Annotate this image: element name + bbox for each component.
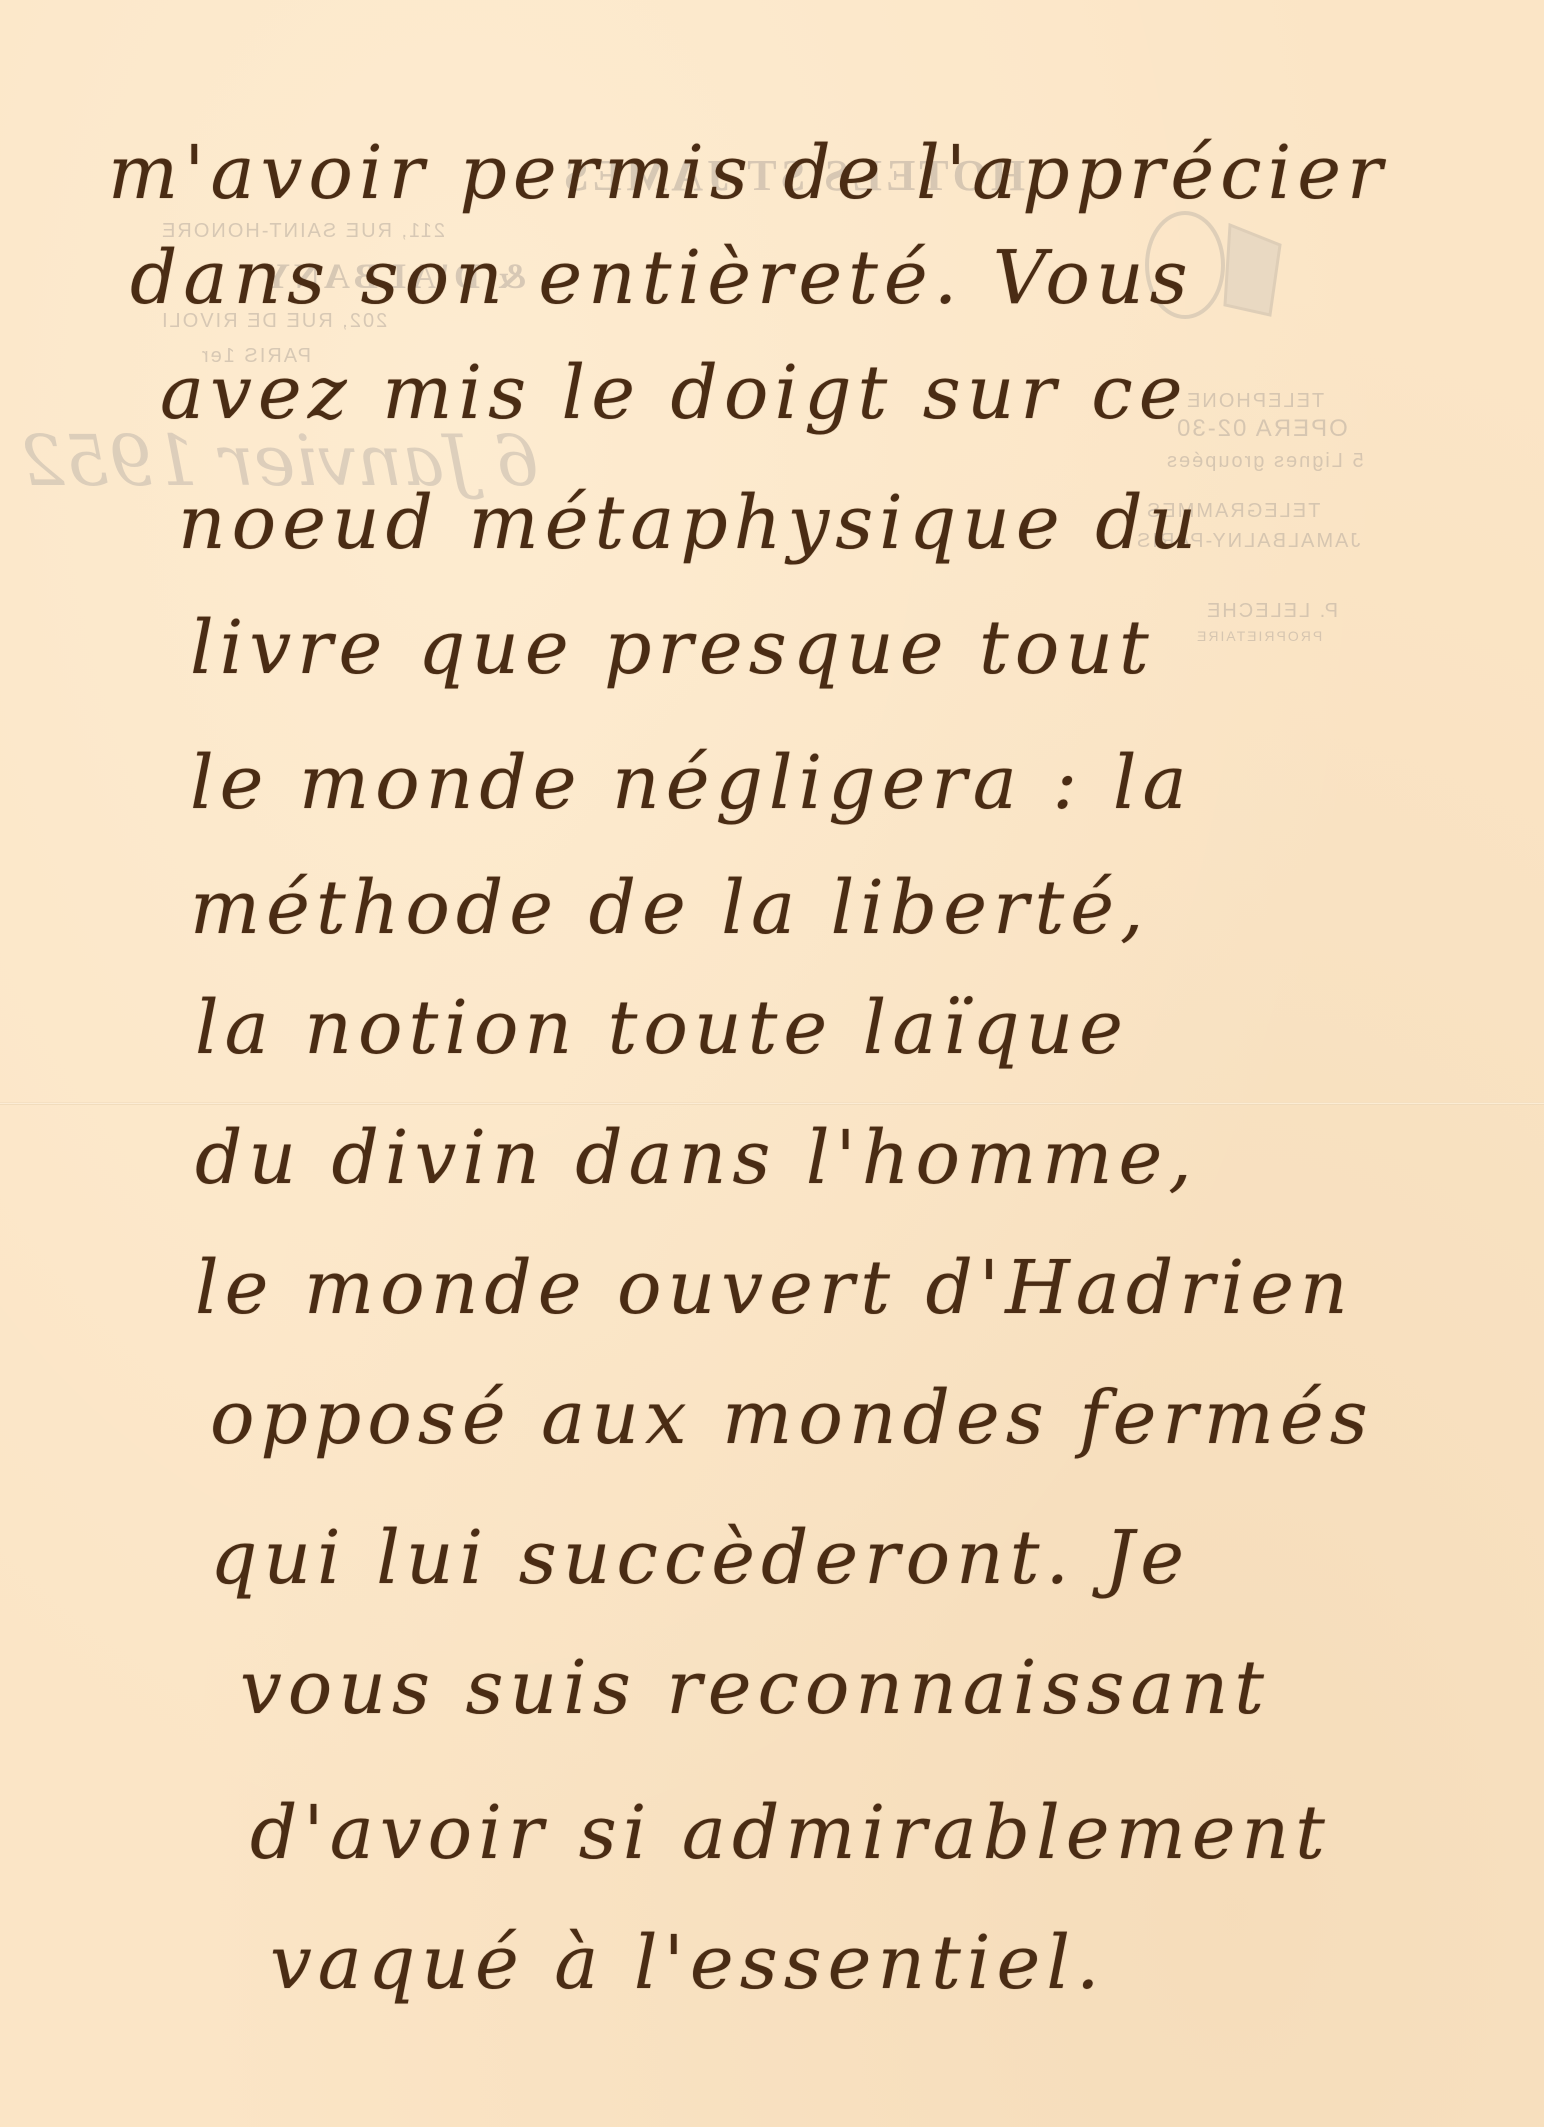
letter-line-5: livre que presque tout bbox=[190, 605, 1155, 691]
letter-line-8: la notion toute laïque bbox=[195, 985, 1129, 1071]
letter-line-9: du divin dans l'homme, bbox=[195, 1115, 1198, 1201]
letterhead-owner: P. LELECHE bbox=[1205, 600, 1338, 623]
letterhead-lines-note: 5 Lignes groupées bbox=[1165, 450, 1364, 473]
letter-line-13: vous suis reconnaissant bbox=[240, 1645, 1270, 1731]
letter-line-11: opposé aux mondes fermés bbox=[210, 1375, 1374, 1461]
letter-line-14: d'avoir si admirablement bbox=[250, 1790, 1331, 1876]
letter-line-12: qui lui succèderont. Je bbox=[210, 1515, 1190, 1601]
letter-line-2: dans son entièreté. Vous bbox=[130, 235, 1194, 321]
paper-fold-line bbox=[0, 1102, 1544, 1105]
letter-line-7: méthode de la liberté, bbox=[190, 865, 1150, 951]
letter-line-15: vaqué à l'essentiel. bbox=[270, 1920, 1106, 2006]
letter-line-6: le monde négligera : la bbox=[190, 740, 1193, 826]
letter-line-4: noeud métaphysique du bbox=[178, 480, 1202, 566]
letter-line-10: le monde ouvert d'Hadrien bbox=[195, 1245, 1354, 1331]
letterhead-phone: OPERA 02-30 bbox=[1175, 415, 1348, 443]
letter-line-3: avez mis le doigt sur ce bbox=[160, 350, 1189, 436]
letter-line-1: m'avoir permis de l'apprécier bbox=[108, 130, 1388, 216]
letterhead-owner-title: PROPRIETAIRE bbox=[1195, 628, 1322, 644]
letterhead-phone-label: TELEPHONE bbox=[1185, 390, 1324, 413]
